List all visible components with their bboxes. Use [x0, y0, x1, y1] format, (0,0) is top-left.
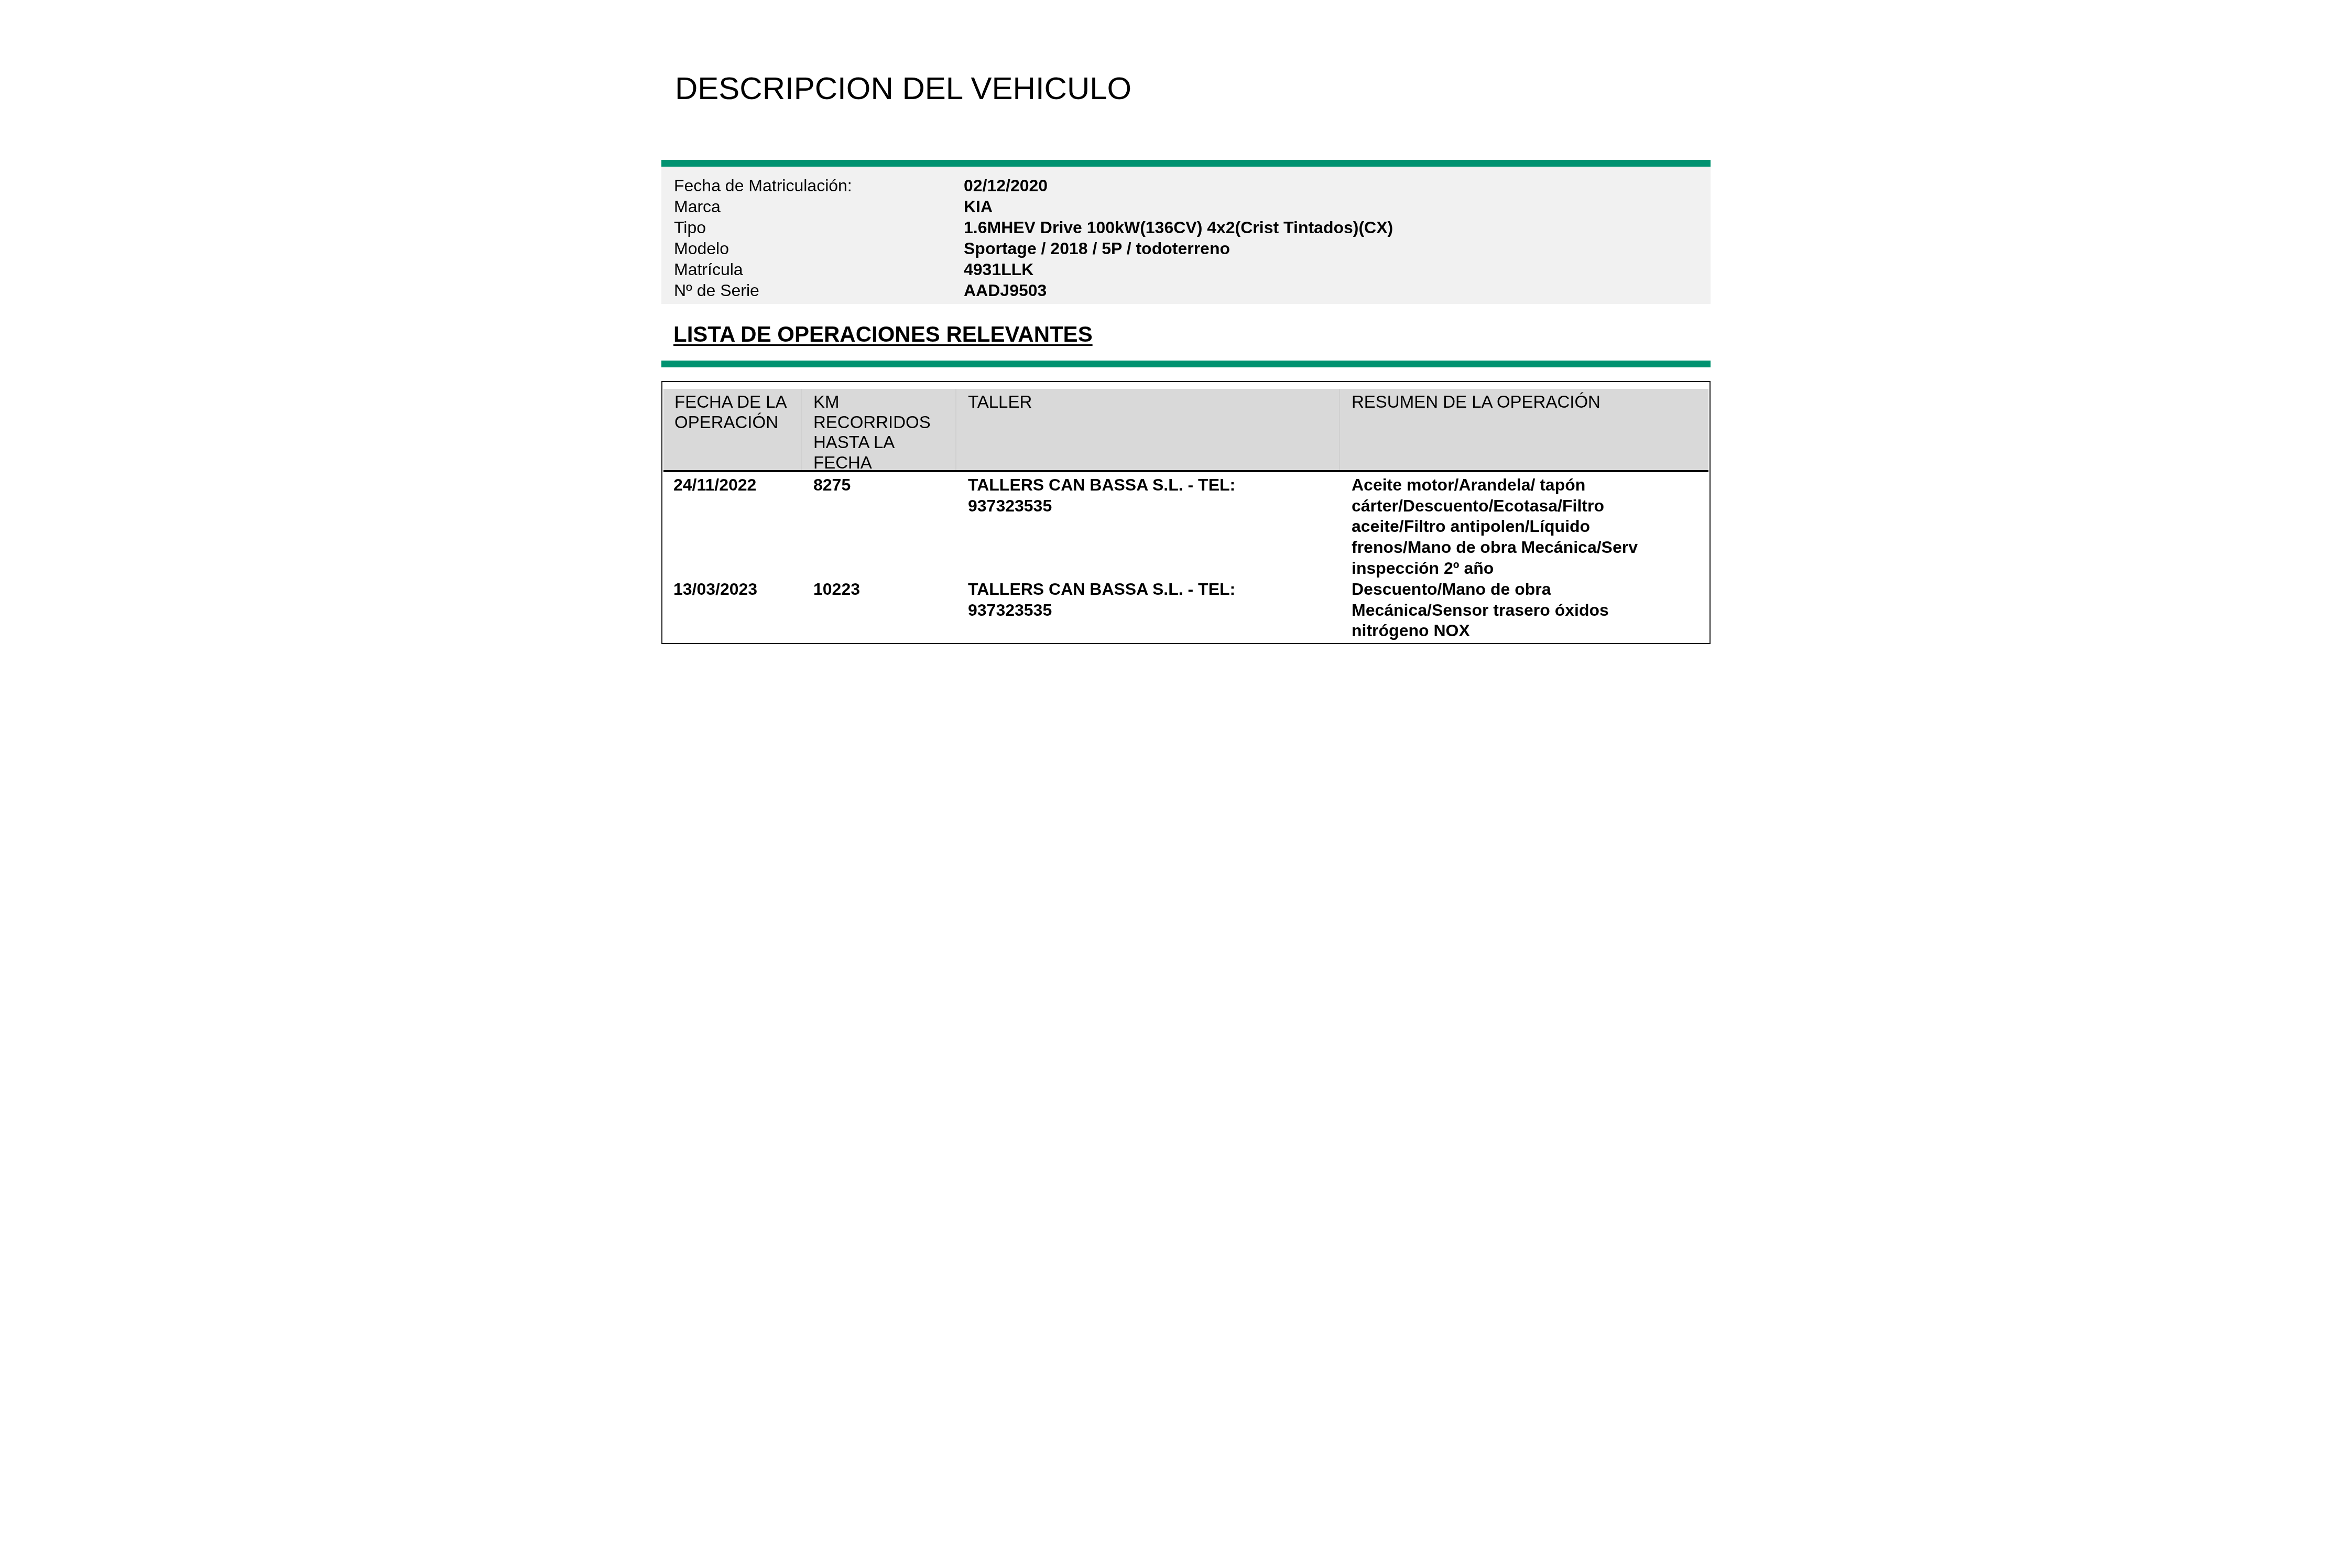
- info-label: Modelo: [674, 238, 729, 259]
- column-divider: [1339, 389, 1340, 470]
- cell-resumen: Aceite motor/Arandela/ tapón cárter/Desc…: [1352, 475, 1638, 579]
- table-header: FECHA DE LA OPERACIÓN KM RECORRIDOS HAST…: [663, 389, 1708, 472]
- info-value: 02/12/2020: [964, 175, 1048, 196]
- info-label: Matrícula: [674, 259, 743, 280]
- cell-fecha: 13/03/2023: [673, 579, 757, 600]
- info-label: Nº de Serie: [674, 280, 759, 301]
- info-value: 1.6MHEV Drive 100kW(136CV) 4x2(Crist Tin…: [964, 217, 1393, 238]
- operations-section-title: LISTA DE OPERACIONES RELEVANTES: [673, 321, 1093, 347]
- cell-taller: TALLERS CAN BASSA S.L. - TEL: 937323535: [968, 475, 1235, 516]
- cell-km: 10223: [813, 579, 860, 600]
- column-divider: [801, 389, 802, 470]
- info-label: Marca: [674, 196, 721, 217]
- vehicle-info-row-plate: Matrícula 4931LLK: [661, 259, 1711, 280]
- column-header-km: KM RECORRIDOS HASTA LA FECHA: [813, 392, 931, 473]
- info-value: Sportage / 2018 / 5P / todoterreno: [964, 238, 1230, 259]
- vehicle-info-row-type: Tipo 1.6MHEV Drive 100kW(136CV) 4x2(Cris…: [661, 217, 1711, 238]
- cell-resumen: Descuento/Mano de obra Mecánica/Sensor t…: [1352, 579, 1609, 641]
- column-header-resumen: RESUMEN DE LA OPERACIÓN: [1352, 392, 1600, 412]
- cell-taller: TALLERS CAN BASSA S.L. - TEL: 937323535: [968, 579, 1235, 620]
- section-divider: [661, 160, 1711, 167]
- cell-fecha: 24/11/2022: [673, 475, 756, 496]
- section-divider: [661, 361, 1711, 367]
- vehicle-info-row-model: Modelo Sportage / 2018 / 5P / todoterren…: [661, 238, 1711, 259]
- vehicle-info-row-registration-date: Fecha de Matriculación: 02/12/2020: [661, 175, 1711, 196]
- info-value: KIA: [964, 196, 993, 217]
- vehicle-info-panel: Fecha de Matriculación: 02/12/2020 Marca…: [661, 167, 1711, 304]
- vehicle-info-row-brand: Marca KIA: [661, 196, 1711, 217]
- cell-km: 8275: [813, 475, 851, 496]
- page-title: DESCRIPCION DEL VEHICULO: [675, 70, 1131, 107]
- info-label: Tipo: [674, 217, 706, 238]
- info-value: 4931LLK: [964, 259, 1033, 280]
- column-header-taller: TALLER: [968, 392, 1032, 412]
- column-divider: [955, 389, 956, 470]
- info-label: Fecha de Matriculación:: [674, 175, 852, 196]
- operations-table: FECHA DE LA OPERACIÓN KM RECORRIDOS HAST…: [661, 381, 1711, 644]
- column-header-fecha: FECHA DE LA OPERACIÓN: [674, 392, 787, 432]
- info-value: AADJ9503: [964, 280, 1047, 301]
- vehicle-info-row-serial: Nº de Serie AADJ9503: [661, 280, 1711, 301]
